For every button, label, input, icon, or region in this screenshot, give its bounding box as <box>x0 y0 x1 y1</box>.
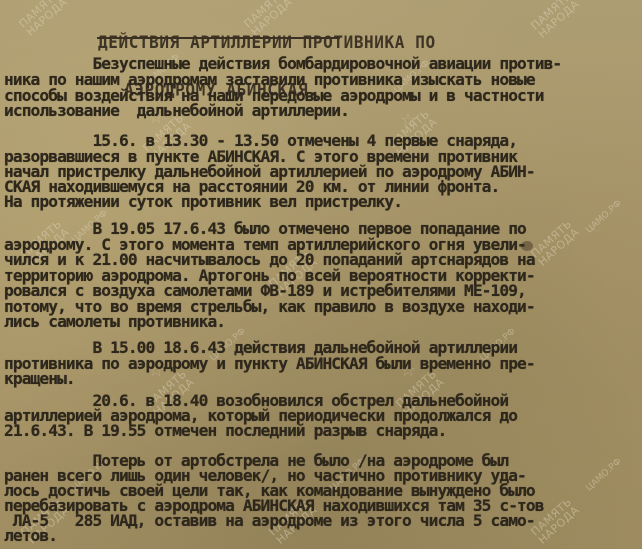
text-line: лись самолеты противника. <box>4 314 225 330</box>
text-line: 21.6.43. В 19.55 отмечен последний разры… <box>4 423 446 439</box>
text-line: летов. <box>4 528 57 544</box>
text-line: кращены. <box>4 371 75 387</box>
text-line: использование дальнебойной артиллерии. <box>4 103 349 119</box>
text-line: противника по аэродрому и пункту АБИНСКА… <box>4 356 535 372</box>
watermark-tsamo: ЦАМО.РФ <box>584 199 623 236</box>
watermark-pamyat-naroda: ПАМЯТЬ НАРОДА <box>529 218 581 268</box>
watermark-pamyat-naroda: ПАМЯТЬ НАРОДА <box>17 0 69 38</box>
archival-document-page: ПАМЯТЬ НАРОДА ПАМЯТЬ НАРОДА ПАМЯТЬ НАРОД… <box>0 0 642 549</box>
text-line: На протяжении суток противник вел пристр… <box>4 194 402 210</box>
title-underline <box>97 37 340 39</box>
watermark-pamyat-naroda: ПАМЯТЬ НАРОДА <box>529 0 581 40</box>
text-line: ЛА-5 285 ИАД, оставив на аэродроме из эт… <box>4 513 535 529</box>
watermark-tsamo: ЦАМО.РФ <box>584 457 623 494</box>
